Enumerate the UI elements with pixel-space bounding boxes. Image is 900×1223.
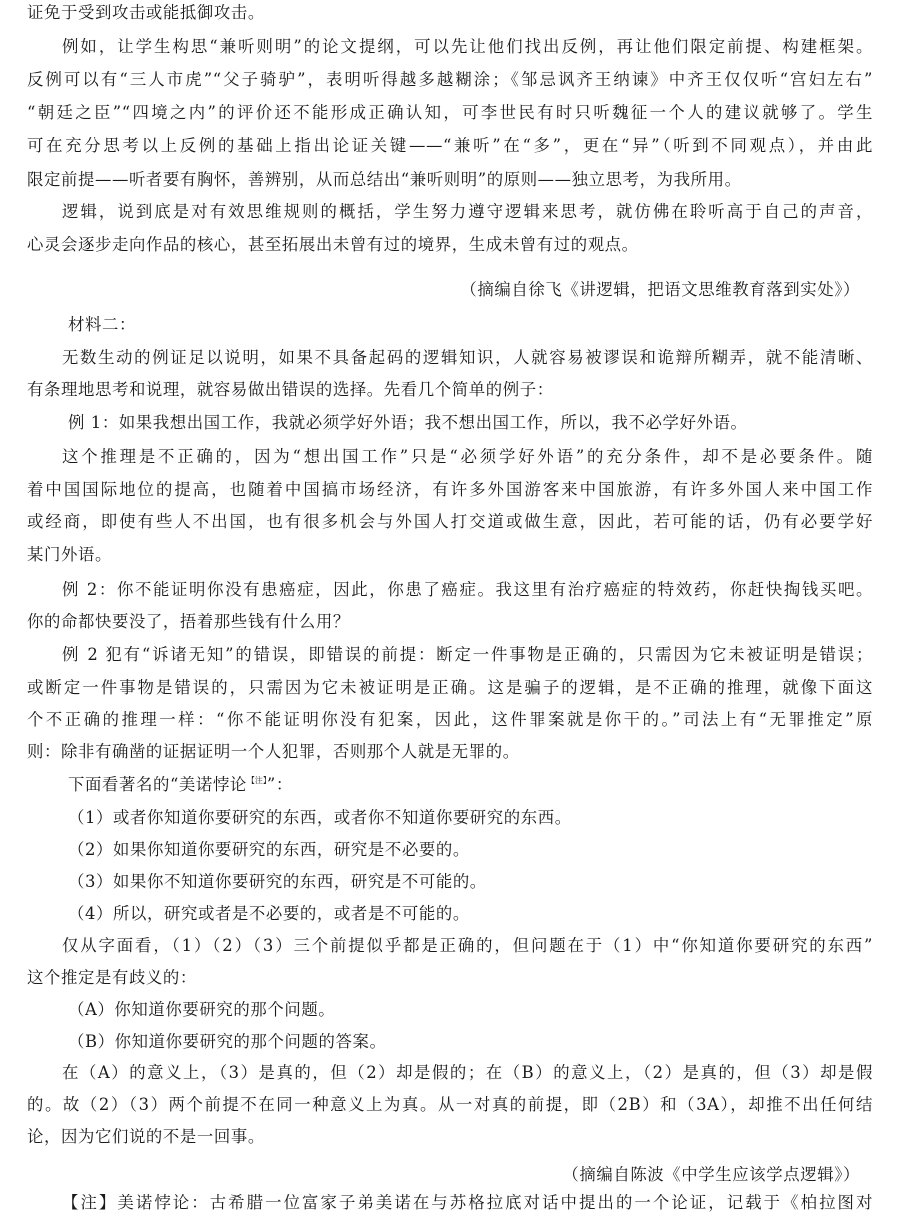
text-line-content: 心灵会逐步走向作品的核心，甚至拓展出未曾有过的境界，生成未曾有过的观点。 <box>27 235 639 254</box>
text-line-content: 你的命都快要没了，捂着那些钱有什么用？ <box>27 612 350 631</box>
text-line-content: 的。故（2）（3）两个前提不在同一种意义上为真。从一对真的前提，即（2B）和（3… <box>27 1095 873 1114</box>
text-line-tail: ”： <box>267 775 293 794</box>
text-line-content: 例如，让学生构思“兼听则明”的论文提纲，可以先让他们找出反例，再让他们限定前提、… <box>62 37 873 56</box>
text-line: （2）如果你知道你要研究的东西，研究是不必要的。 <box>68 837 873 863</box>
text-line: 或断定一件事物是错误的，只需因为它未被证明是正确。这是骗子的逻辑，是不正确的推理… <box>27 675 873 701</box>
text-line: （B）你知道你要研究的那个问题的答案。 <box>68 1029 873 1055</box>
text-line: 某门外语。 <box>27 542 873 568</box>
text-line-content: 逻辑，说到底是对有效思维规则的概括，学生努力遵守逻辑来思考，就仿佛在聆听高于自己… <box>62 202 873 221</box>
text-line: 无数生动的例证足以说明，如果不具备起码的逻辑知识，人就容易被谬误和诡辩所糊弄，就… <box>62 345 873 371</box>
text-line: 例 1：如果我想出国工作，我就必须学好外语；我不想出国工作，所以，我不必学好外语… <box>68 410 873 436</box>
text-line: 下面看著名的“美诺悖论【注】”： <box>68 772 873 798</box>
text-line: （摘编自陈波《中学生应该学点逻辑》） <box>562 1162 860 1188</box>
text-line-content: （1）或者你知道你要研究的东西，或者你不知道你要研究的东西。 <box>68 808 572 827</box>
text-line-content: 例 2 犯有“诉诸无知”的错误，即错误的前提：断定一件事物是正确的，只需因为它未… <box>62 645 873 664</box>
text-line-content: 证免于受到攻击或能抵御攻击。 <box>27 3 265 22</box>
text-line-content: 这个推定是有歧义的： <box>27 968 197 987</box>
text-line-content: （摘编自陈波《中学生应该学点逻辑》） <box>562 1165 860 1184</box>
text-line: 的。故（2）（3）两个前提不在同一种意义上为真。从一对真的前提，即（2B）和（3… <box>27 1092 873 1118</box>
text-line: （A）你知道你要研究的那个问题。 <box>68 997 873 1023</box>
text-line: 论，因为它们说的不是一回事。 <box>27 1124 873 1150</box>
text-line-content: （摘编自徐飞《讲逻辑，把语文思维教育落到实处》） <box>460 280 860 299</box>
text-line-content: 这个推理是不正确的，因为“想出国工作”只是“必须学好外语”的充分条件，却不是必要… <box>62 447 873 466</box>
text-line-content: （2）如果你知道你要研究的东西，研究是不必要的。 <box>68 840 470 859</box>
text-line-content: （B）你知道你要研究的那个问题的答案。 <box>68 1032 386 1051</box>
text-line-content: 下面看著名的“美诺悖论 <box>68 775 247 794</box>
text-line: 这个推理是不正确的，因为“想出国工作”只是“必须学好外语”的充分条件，却不是必要… <box>62 444 873 470</box>
text-line-content: 例 1：如果我想出国工作，我就必须学好外语；我不想出国工作，所以，我不必学好外语… <box>68 413 747 432</box>
text-line-content: 个不正确的推理一样：“你不能证明你没有犯案，因此，这件罪案就是你干的。”司法上有… <box>27 710 873 729</box>
text-line-content: 例 2：你不能证明你没有患癌症，因此，你患了癌症。我这里有治疗癌症的特效药，你赶… <box>62 580 873 599</box>
text-line-content: “朝廷之臣”“四境之内”的评价还不能形成正确认知，可李世民有时只听魏征一个人的建… <box>27 103 873 122</box>
text-line-content: 可在充分思考以上反例的基础上指出论证关键——“兼听”在“多”，更在“异”（听到不… <box>27 136 873 155</box>
text-line-content: 【注】美诺悖论：古希腊一位富家子弟美诺在与苏格拉底对话中提出的一个论证，记载于《… <box>62 1193 873 1212</box>
text-line-content: 材料二： <box>68 315 136 334</box>
text-line: （1）或者你知道你要研究的东西，或者你不知道你要研究的东西。 <box>68 805 873 831</box>
document-page: 证免于受到攻击或能抵御攻击。例如，让学生构思“兼听则明”的论文提纲，可以先让他们… <box>0 0 900 1223</box>
text-line: 材料二： <box>68 312 873 338</box>
text-line: 你的命都快要没了，捂着那些钱有什么用？ <box>27 609 873 635</box>
text-line: “朝廷之臣”“四境之内”的评价还不能形成正确认知，可李世民有时只听魏征一个人的建… <box>27 100 873 126</box>
text-line: 可在充分思考以上反例的基础上指出论证关键——“兼听”在“多”，更在“异”（听到不… <box>27 133 873 159</box>
text-line: 证免于受到攻击或能抵御攻击。 <box>27 0 873 26</box>
text-line-content: 限定前提——听者要有胸怀，善辨别，从而总结出“兼听则明”的原则——独立思考，为我… <box>27 170 742 189</box>
text-line-content: 则：除非有确凿的证据证明一个人犯罪，否则那个人就是无罪的。 <box>27 742 520 761</box>
footnote-marker: 【注】 <box>247 776 267 785</box>
text-line: 例 2：你不能证明你没有患癌症，因此，你患了癌症。我这里有治疗癌症的特效药，你赶… <box>62 577 873 603</box>
text-line-content: 有条理地思考和说理，就容易做出错误的选择。先看几个简单的例子： <box>27 380 554 399</box>
text-line: 限定前提——听者要有胸怀，善辨别，从而总结出“兼听则明”的原则——独立思考，为我… <box>27 167 873 193</box>
text-line-content: （3）如果你不知道你要研究的东西，研究是不可能的。 <box>68 872 487 891</box>
text-line: 例如，让学生构思“兼听则明”的论文提纲，可以先让他们找出反例，再让他们限定前提、… <box>62 34 873 60</box>
text-line: 反例可以有“三人市虎”“父子骑驴”，表明听得越多越糊涂；《邹忌讽齐王纳谏》中齐王… <box>27 67 873 93</box>
text-line-content: 反例可以有“三人市虎”“父子骑驴”，表明听得越多越糊涂；《邹忌讽齐王纳谏》中齐王… <box>27 70 873 89</box>
text-line: 着中国国际地位的提高，也随着中国搞市场经济，有许多外国游客来中国旅游，有许多外国… <box>27 477 873 503</box>
text-line: 仅从字面看，（1）（2）（3）三个前提似乎都是正确的，但问题在于（1）中“你知道… <box>62 933 873 959</box>
text-line: 心灵会逐步走向作品的核心，甚至拓展出未曾有过的境界，生成未曾有过的观点。 <box>27 232 873 258</box>
text-line-content: （A）你知道你要研究的那个问题。 <box>68 1000 335 1019</box>
text-line: 有条理地思考和说理，就容易做出错误的选择。先看几个简单的例子： <box>27 377 873 403</box>
text-line-content: 仅从字面看，（1）（2）（3）三个前提似乎都是正确的，但问题在于（1）中“你知道… <box>62 936 873 955</box>
text-line: 或经商，即使有些人不出国，也有很多机会与外国人打交道或做生意，因此，若可能的话，… <box>27 509 873 535</box>
text-line-content: （4）所以，研究或者是不必要的，或者是不可能的。 <box>68 904 470 923</box>
text-line: （3）如果你不知道你要研究的东西，研究是不可能的。 <box>68 869 873 895</box>
text-line: 逻辑，说到底是对有效思维规则的概括，学生努力遵守逻辑来思考，就仿佛在聆听高于自己… <box>62 199 873 225</box>
text-line-content: 或断定一件事物是错误的，只需因为它未被证明是正确。这是骗子的逻辑，是不正确的推理… <box>27 678 873 697</box>
text-line: 这个推定是有歧义的： <box>27 965 873 991</box>
text-line-content: 某门外语。 <box>27 545 112 564</box>
text-line: （4）所以，研究或者是不必要的，或者是不可能的。 <box>68 901 873 927</box>
text-line: 个不正确的推理一样：“你不能证明你没有犯案，因此，这件罪案就是你干的。”司法上有… <box>27 707 873 733</box>
text-line: （摘编自徐飞《讲逻辑，把语文思维教育落到实处》） <box>460 277 860 303</box>
text-line-content: 论，因为它们说的不是一回事。 <box>27 1127 265 1146</box>
text-line-content: 着中国国际地位的提高，也随着中国搞市场经济，有许多外国游客来中国旅游，有许多外国… <box>27 480 873 499</box>
text-line: 例 2 犯有“诉诸无知”的错误，即错误的前提：断定一件事物是正确的，只需因为它未… <box>62 642 873 668</box>
text-line: 在（A）的意义上，（3）是真的，但（2）却是假的；在（B）的意义上，（2）是真的… <box>62 1060 873 1086</box>
text-line-content: 或经商，即使有些人不出国，也有很多机会与外国人打交道或做生意，因此，若可能的话，… <box>27 512 873 531</box>
text-line: 【注】美诺悖论：古希腊一位富家子弟美诺在与苏格拉底对话中提出的一个论证，记载于《… <box>62 1190 873 1216</box>
text-line-content: 无数生动的例证足以说明，如果不具备起码的逻辑知识，人就容易被谬误和诡辩所糊弄，就… <box>62 348 873 367</box>
text-line: 则：除非有确凿的证据证明一个人犯罪，否则那个人就是无罪的。 <box>27 739 873 765</box>
text-line-content: 在（A）的意义上，（3）是真的，但（2）却是假的；在（B）的意义上，（2）是真的… <box>62 1063 873 1082</box>
